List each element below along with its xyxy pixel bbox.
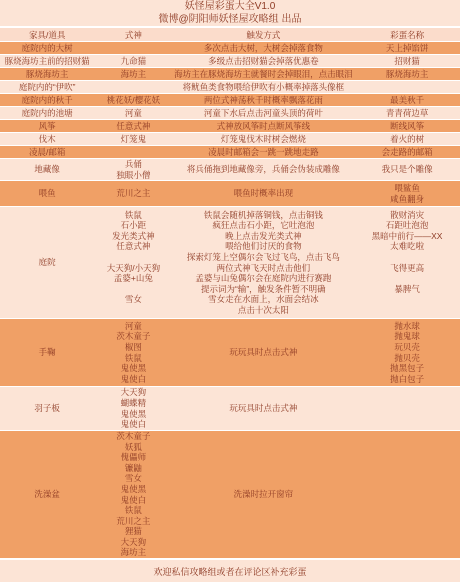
cell-line: 海坊主 (121, 547, 147, 558)
table-row: 庭院内的秋千桃花妖/樱花妖两位式神荡秋千时概率飘落花雨最美秋千 (0, 94, 460, 107)
cell-shikigami (94, 146, 172, 158)
cell-line: 椒图 (125, 342, 142, 353)
cell-shikigami (94, 81, 172, 93)
cell-line: 手鞠 (39, 347, 56, 358)
cell-line: 风筝 (39, 121, 56, 132)
cell-line: 鬼使白 (121, 495, 147, 506)
cell-trigger-method: 式神放风筝时点断风筝线 (172, 120, 354, 132)
cell-egg-name: 抛水球抛鬼球玩贝壳抛贝壳抛黑包子抛白包子 (354, 319, 460, 386)
cell-line: 任意式神 (116, 121, 150, 132)
table-row: 手鞠河童茨木童子椒图铁鼠鬼使黑鬼使白玩玩具时点击式神抛水球抛鬼球玩贝壳抛贝壳抛黑… (0, 319, 460, 387)
table-row: 庭院内的“伊吹”将鱿鱼类食物喂给伊吹有小概率掉落头像框 (0, 81, 460, 94)
cell-line: 喂鱼 (39, 188, 56, 199)
cell-line: 羽子板 (34, 403, 60, 414)
cell-line: 鬼使黑 (121, 484, 147, 495)
cell-line: 最美秋千 (390, 95, 424, 106)
cell-line: 将兵俑拖到地藏像旁，兵俑会伪装成雕像 (187, 164, 340, 175)
cell-line: 孟婆+山兔 (114, 273, 153, 284)
cell-shikigami: 茨木童子妖狐傀儡师镰鼬雪女鬼使黑鬼使白铁鼠荒川之主狸猫大天狗海坊主 (94, 431, 172, 558)
header-furniture-item: 家具/道具 (0, 29, 94, 41)
cell-line: 暴脾气 (394, 284, 420, 295)
cell-trigger-method: 海坊主在豚烧海坊主就餐时会掉眼泪，点击眼泪 (172, 68, 354, 80)
cell-furniture-item: 凌晨/邮箱 (0, 146, 94, 158)
cell-line: 太难吃啦 (390, 241, 424, 252)
table-row: 伐木灯笼鬼灯笼鬼伐木时树会燃烧着火的树 (0, 133, 460, 146)
cell-shikigami: 铁鼠石小距发光类式神任意式神大天狗/小天狗孟婆+山兔雪女 (94, 207, 172, 318)
cell-line: 茨木童子 (116, 331, 150, 342)
cell-line: 黑暗中前行——XX (372, 231, 443, 242)
cell-line: 河童 (125, 108, 142, 119)
cell-furniture-item: 伐木 (0, 133, 94, 145)
table-row: 风筝任意式神式神放风筝时点断风筝线断线风筝 (0, 120, 460, 133)
cell-line: 石距吐泡泡 (386, 220, 429, 231)
cell-trigger-method: 洗澡时拉开窗帘 (172, 431, 354, 558)
cell-line: 九命猫 (121, 56, 147, 67)
cell-line: 喂给他们讨厌的食物 (225, 241, 302, 252)
cell-trigger-method: 河童下水后点击河童头顶的荷叶 (172, 107, 354, 119)
cell-line: 将鱿鱼类食物喂给伊吹有小概率掉落头像框 (183, 82, 345, 93)
footer-note-row: 欢迎私信攻略组或者在评论区补充彩蛋 (0, 560, 460, 582)
cell-shikigami: 大天狗蝴蝶精鬼使黑鬼使白 (94, 387, 172, 430)
cell-line: 式神放风筝时点断风筝线 (217, 121, 311, 132)
footer-note: 欢迎私信攻略组或者在评论区补充彩蛋 (153, 565, 306, 578)
cell-line: 飞得更高 (390, 263, 424, 274)
cell-line: 鬼使黑 (121, 409, 147, 420)
cell-line: 大天狗 (121, 537, 147, 548)
cell-egg-name (354, 387, 460, 430)
cell-line: 抛白包子 (390, 374, 424, 385)
cell-line: 任意式神 (116, 241, 150, 252)
cell-line: 多次点击大树，大树会掉落食物 (204, 43, 323, 54)
cell-furniture-item: 喂鱼 (0, 181, 94, 206)
cell-line: 铁鼠 (125, 353, 142, 364)
cell-furniture-item: 庭院内的大树 (0, 42, 94, 54)
cell-egg-name: 最美秋千 (354, 94, 460, 106)
table-row: 豚烧海坊主前的招财猫九命猫多级点击招财猫会掉落优惠卷招财猫 (0, 55, 460, 68)
header-egg-name: 彩蛋名称 (354, 29, 460, 41)
cell-shikigami: 桃花妖/樱花妖 (94, 94, 172, 106)
cell-line: 青青荷边草 (386, 108, 429, 119)
cell-shikigami: 荒川之主 (94, 181, 172, 206)
cell-trigger-method: 玩玩具时点击式神 (172, 387, 354, 430)
cell-line: 散财消灾 (390, 210, 424, 221)
cell-egg-name: 散财消灾石距吐泡泡黑暗中前行——XX太难吃啦飞得更高暴脾气 (354, 207, 460, 318)
cell-line: 凌晨时邮箱会一跳一跳地走路 (208, 147, 319, 158)
page-title: 妖怪屋彩蛋大全V1.0 (185, 0, 276, 13)
cell-line: 蝴蝶精 (121, 398, 147, 409)
cell-line: 狸猫 (125, 526, 142, 537)
cell-trigger-method: 凌晨时邮箱会一跳一跳地走路 (172, 146, 354, 158)
cell-line: 河童 (125, 321, 142, 332)
cell-line: 探索灯笼上空偶尔会飞过飞鸟，点击飞鸟 (187, 252, 340, 263)
table-row: 庭院内的大树多次点击大树，大树会掉落食物天上掉馅饼 (0, 42, 460, 55)
cell-line: 玩玩具时点击式神 (229, 403, 297, 414)
cell-egg-name: 喂鲨鱼咸鱼翻身 (354, 181, 460, 206)
cell-egg-name: 青青荷边草 (354, 107, 460, 119)
title-block: 妖怪屋彩蛋大全V1.0 微博@阴阳师妖怪屋攻略组 出品 (0, 0, 460, 28)
cell-line: 灯笼鬼伐木时树会燃烧 (221, 134, 306, 145)
cell-trigger-method: 多次点击大树，大树会掉落食物 (172, 42, 354, 54)
cell-furniture-item: 洗澡盆 (0, 431, 94, 558)
cell-line: 孟婆与山兔偶尔会在庭院内进行赛跑 (195, 273, 331, 284)
table-body: 庭院内的大树多次点击大树，大树会掉落食物天上掉馅饼豚烧海坊主前的招财猫九命猫多级… (0, 42, 460, 559)
cell-shikigami: 九命猫 (94, 55, 172, 67)
cell-trigger-method: 铁鼠会随机掉落铜钱，点击铜钱疯狂点击石小距，它吐泡泡晚上点击发光类式神喂给他们讨… (172, 207, 354, 318)
cell-line: 茨木童子 (116, 431, 150, 442)
cell-line: 抛水球 (394, 321, 420, 332)
cell-trigger-method: 两位式神荡秋千时概率飘落花雨 (172, 94, 354, 106)
cell-shikigami: 任意式神 (94, 120, 172, 132)
cell-line: 抛黑包子 (390, 363, 424, 374)
cell-line: 独眼小僧 (116, 170, 150, 181)
cell-line: 河童下水后点击河童头顶的荷叶 (204, 108, 323, 119)
cell-shikigami (94, 42, 172, 54)
cell-line: 石小距 (121, 220, 147, 231)
cell-line: 鬼使白 (121, 419, 147, 430)
cell-line: 傀儡师 (121, 452, 147, 463)
table-row: 羽子板大天狗蝴蝶精鬼使黑鬼使白玩玩具时点击式神 (0, 387, 460, 431)
table-row: 庭院内的池塘河童河童下水后点击河童头顶的荷叶青青荷边草 (0, 107, 460, 120)
cell-line: 玩贝壳 (394, 342, 420, 353)
cell-line: 雪女走在水面上，水面会结冰 (208, 294, 319, 305)
cell-line: 庭院内的秋千 (22, 95, 73, 106)
cell-line: 镰鼬 (125, 463, 142, 474)
cell-line: 鬼使黑 (121, 363, 147, 374)
cell-egg-name: 豚烧海坊主 (354, 68, 460, 80)
cell-line: 抛鬼球 (394, 331, 420, 342)
header-shikigami: 式神 (94, 29, 172, 41)
cell-line: 桃花妖/樱花妖 (107, 95, 160, 106)
cell-line: 多级点击招财猫会掉落优惠卷 (208, 56, 319, 67)
cell-shikigami: 兵俑独眼小僧 (94, 159, 172, 180)
cell-line: 妖狐 (125, 442, 142, 453)
cell-line: 两位式神飞天时点击他们 (217, 263, 311, 274)
cell-furniture-item: 庭院内的“伊吹” (0, 81, 94, 93)
cell-line: 喂鲨鱼 (394, 183, 420, 194)
cell-line: 断线风筝 (390, 121, 424, 132)
cell-shikigami: 河童 (94, 107, 172, 119)
cell-line: 庭院内的池塘 (22, 108, 73, 119)
cell-line: 庭院 (39, 257, 56, 268)
header-trigger-method: 触发方式 (172, 29, 354, 41)
cell-egg-name: 我只是个雕像 (354, 159, 460, 180)
page-subtitle: 微博@阴阳师妖怪屋攻略组 出品 (159, 13, 302, 26)
cell-line: 会走路的邮箱 (382, 147, 433, 158)
cell-line: 咸鱼翻身 (390, 194, 424, 205)
table-header-row: 家具/道具 式神 触发方式 彩蛋名称 (0, 28, 460, 42)
cell-egg-name: 断线风筝 (354, 120, 460, 132)
cell-furniture-item: 豚烧海坊主前的招财猫 (0, 55, 94, 67)
cell-line: 招财猫 (394, 56, 420, 67)
cell-furniture-item: 地藏像 (0, 159, 94, 180)
cell-line: 大天狗 (121, 387, 147, 398)
table-row: 地藏像兵俑独眼小僧将兵俑拖到地藏像旁，兵俑会伪装成雕像我只是个雕像 (0, 159, 460, 181)
cell-egg-name: 会走路的邮箱 (354, 146, 460, 158)
cell-trigger-method: 灯笼鬼伐木时树会燃烧 (172, 133, 354, 145)
cell-line: 雪女 (125, 473, 142, 484)
cell-line: 地藏像 (34, 164, 60, 175)
cell-furniture-item: 羽子板 (0, 387, 94, 430)
cell-egg-name: 着火的树 (354, 133, 460, 145)
table-row: 凌晨/邮箱凌晨时邮箱会一跳一跳地走路会走路的邮箱 (0, 146, 460, 159)
cell-line: 疯狂点击石小距，它吐泡泡 (212, 220, 314, 231)
cell-line: 玩玩具时点击式神 (229, 347, 297, 358)
cell-line: 晚上点击发光类式神 (225, 231, 302, 242)
cell-line: 喂鱼时概率出现 (234, 188, 294, 199)
cell-line: 庭院内的大树 (22, 43, 73, 54)
cell-line: 鬼使白 (121, 374, 147, 385)
cell-line: 铁鼠 (125, 210, 142, 221)
cell-line: 我只是个雕像 (382, 164, 433, 175)
cell-trigger-method: 将鱿鱼类食物喂给伊吹有小概率掉落头像框 (172, 81, 354, 93)
cell-shikigami: 海坊主 (94, 68, 172, 80)
cell-line: 铁鼠会随机掉落铜钱，点击铜钱 (204, 210, 323, 221)
cell-line: 点击十次太阳 (238, 305, 289, 316)
cell-egg-name (354, 81, 460, 93)
cell-furniture-item: 手鞠 (0, 319, 94, 386)
cell-furniture-item: 庭院内的秋千 (0, 94, 94, 106)
cell-line: 豚烧海坊主前的招财猫 (5, 56, 90, 67)
table-row: 洗澡盆茨木童子妖狐傀儡师镰鼬雪女鬼使黑鬼使白铁鼠荒川之主狸猫大天狗海坊主洗澡时拉… (0, 431, 460, 559)
cell-line: 豚烧海坊主 (386, 69, 429, 80)
cell-line: 洗澡时拉开窗帘 (234, 489, 294, 500)
cell-line: 雪女 (125, 294, 142, 305)
cell-egg-name (354, 431, 460, 558)
cell-line: 庭院内的“伊吹” (19, 82, 76, 93)
cell-line: 天上掉馅饼 (386, 43, 429, 54)
cell-trigger-method: 玩玩具时点击式神 (172, 319, 354, 386)
cell-furniture-item: 风筝 (0, 120, 94, 132)
cell-line: 发光类式神 (112, 231, 155, 242)
cell-shikigami: 灯笼鬼 (94, 133, 172, 145)
cell-line: 抛贝壳 (394, 353, 420, 364)
cell-line: 着火的树 (390, 134, 424, 145)
cell-furniture-item: 庭院 (0, 207, 94, 318)
cell-line: 荒川之主 (116, 516, 150, 527)
cell-line: 大天狗/小天狗 (107, 263, 160, 274)
cell-line: 凌晨/邮箱 (29, 147, 65, 158)
cell-line: 兵俑 (125, 159, 142, 170)
cell-line: 灯笼鬼 (121, 134, 147, 145)
cell-line: 伐木 (39, 134, 56, 145)
cell-trigger-method: 将兵俑拖到地藏像旁，兵俑会伪装成雕像 (172, 159, 354, 180)
table-row: 庭院铁鼠石小距发光类式神任意式神大天狗/小天狗孟婆+山兔雪女铁鼠会随机掉落铜钱，… (0, 207, 460, 319)
cell-line: 两位式神荡秋千时概率飘落花雨 (204, 95, 323, 106)
cell-line: 海坊主在豚烧海坊主就餐时会掉眼泪，点击眼泪 (174, 69, 353, 80)
cell-line: 提示词为“输”，触发条件暂不明确 (201, 284, 326, 295)
cell-line: 铁鼠 (125, 505, 142, 516)
cell-egg-name: 天上掉馅饼 (354, 42, 460, 54)
cell-line: 荒川之主 (116, 188, 150, 199)
table-row: 喂鱼荒川之主喂鱼时概率出现喂鲨鱼咸鱼翻身 (0, 181, 460, 207)
table-row: 豚烧海坊主海坊主海坊主在豚烧海坊主就餐时会掉眼泪，点击眼泪豚烧海坊主 (0, 68, 460, 81)
cell-line: 洗澡盆 (34, 489, 60, 500)
cell-line: 海坊主 (121, 69, 147, 80)
cell-line: 豚烧海坊主 (26, 69, 69, 80)
cell-egg-name: 招财猫 (354, 55, 460, 67)
cell-furniture-item: 豚烧海坊主 (0, 68, 94, 80)
cell-shikigami: 河童茨木童子椒图铁鼠鬼使黑鬼使白 (94, 319, 172, 386)
cell-furniture-item: 庭院内的池塘 (0, 107, 94, 119)
cell-trigger-method: 喂鱼时概率出现 (172, 181, 354, 206)
cell-trigger-method: 多级点击招财猫会掉落优惠卷 (172, 55, 354, 67)
